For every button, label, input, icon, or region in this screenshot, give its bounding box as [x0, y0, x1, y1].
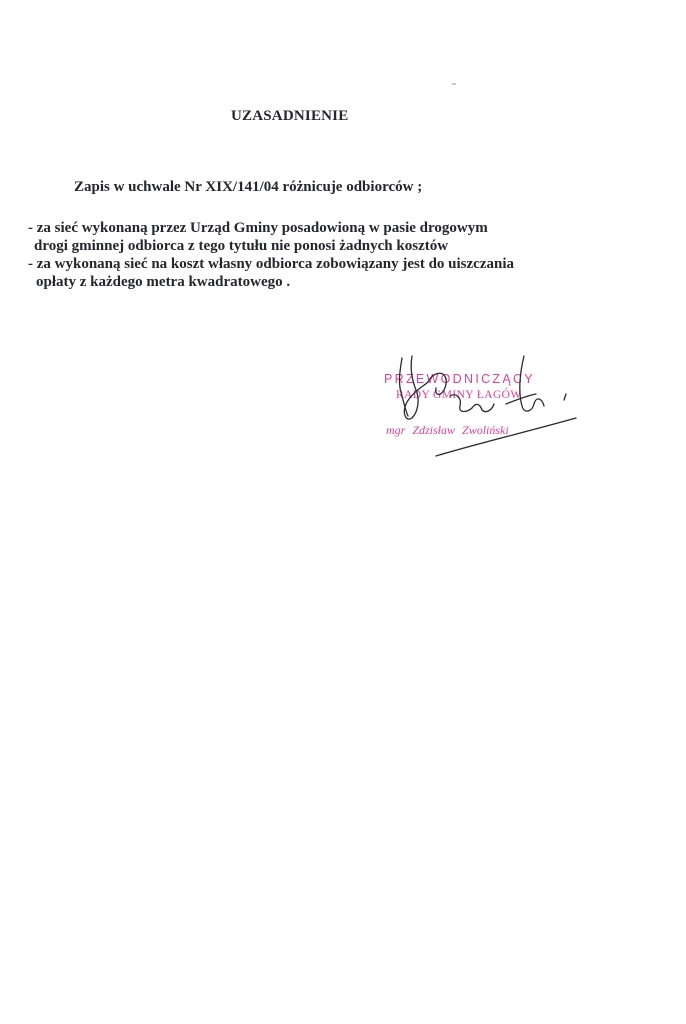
list-item-1-line-1: - za sieć wykonaną przez Urząd Gminy pos… [28, 219, 514, 237]
list-item-1-line-2: drogi gminnej odbiorca z tego tytułu nie… [28, 237, 514, 255]
justification-list: - za sieć wykonaną przez Urząd Gminy pos… [28, 219, 514, 291]
document-title: UZASADNIENIE [231, 108, 348, 125]
handwritten-signature [376, 352, 586, 462]
list-item-2-line-2: opłaty z każdego metra kwadratowego . [28, 273, 514, 291]
list-item-2-line-1: - za wykonaną sieć na koszt własny odbio… [28, 255, 514, 273]
intro-paragraph: Zapis w uchwale Nr XIX/141/04 różnicuje … [74, 179, 422, 196]
scan-speck [452, 83, 456, 85]
official-stamp: PRZEWODNICZĄCY RADY GMINY ŁAGÓW mgr Zdzi… [376, 352, 586, 462]
